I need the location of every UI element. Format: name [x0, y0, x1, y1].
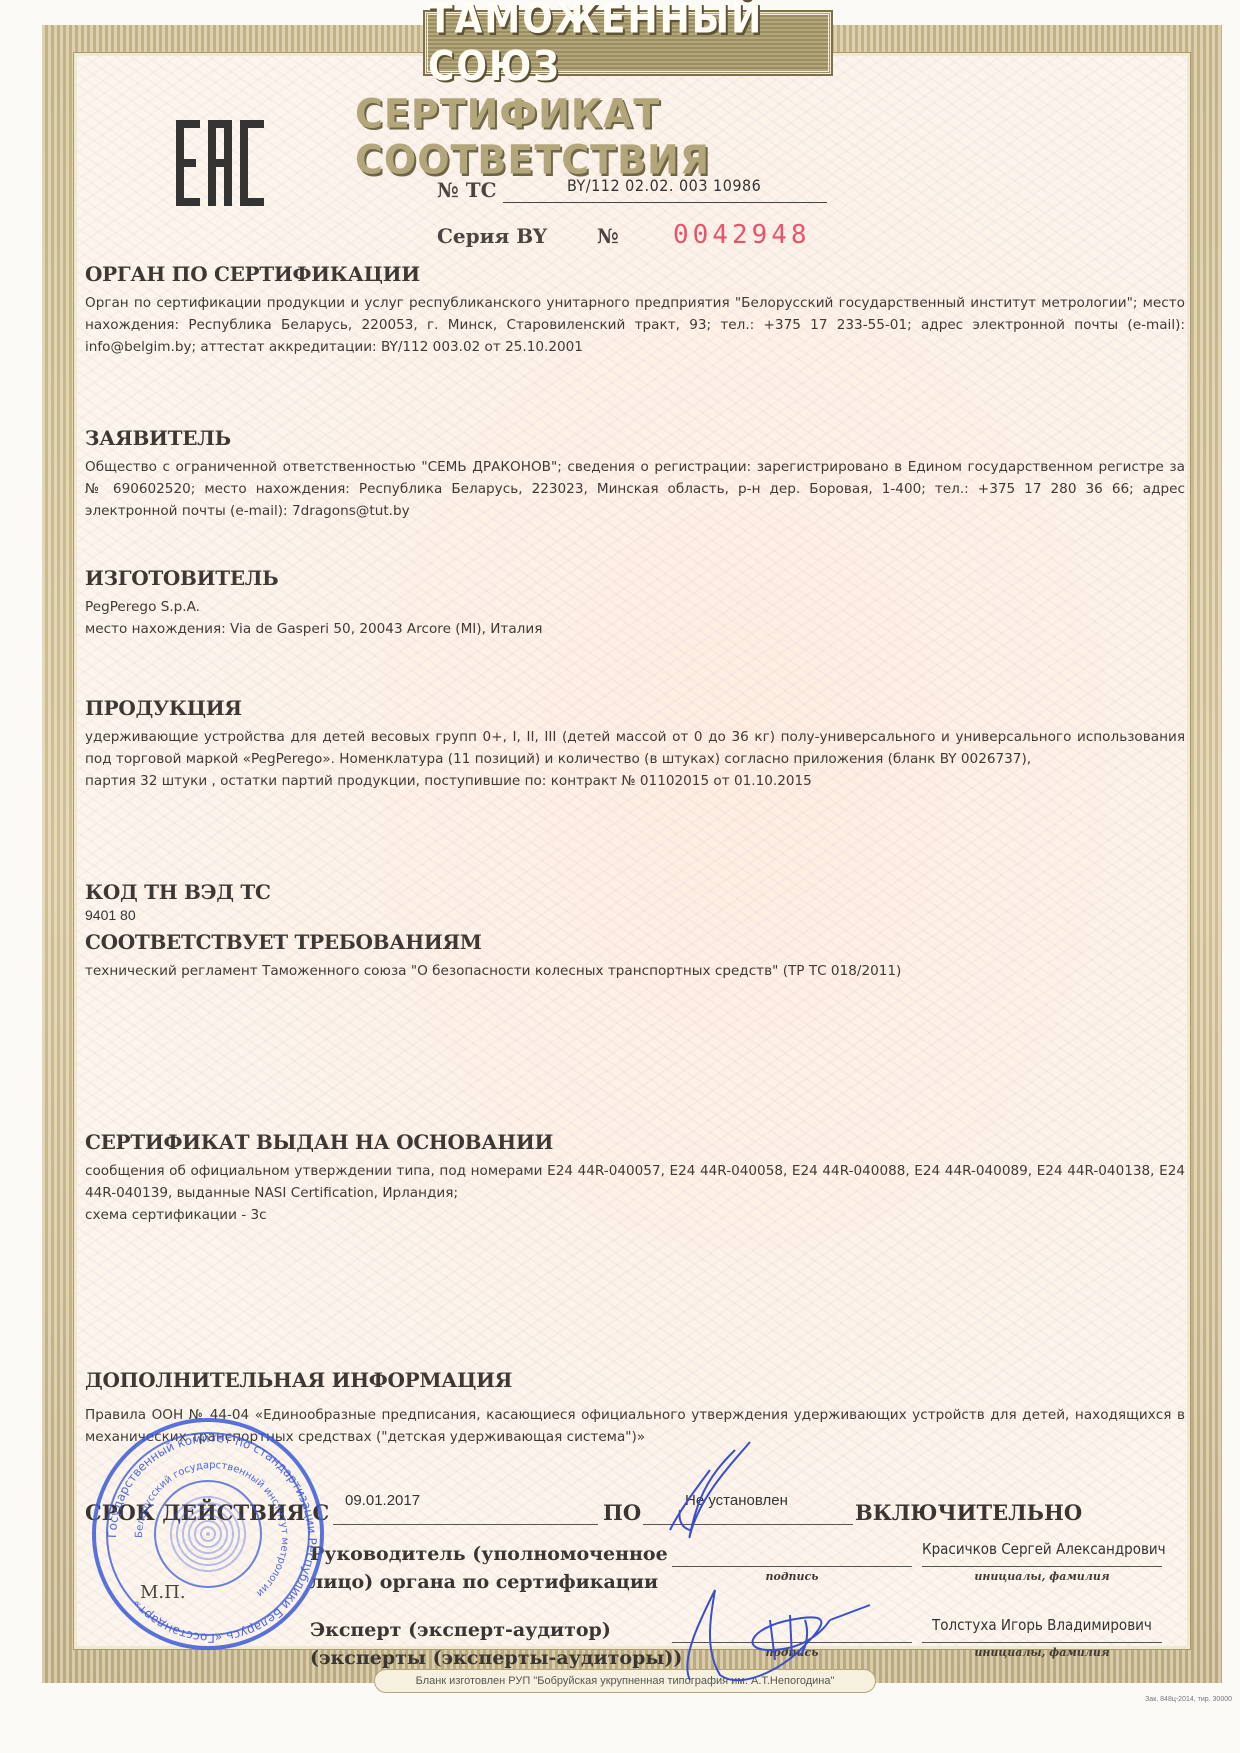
- eac-letter-e: [176, 120, 200, 206]
- section-hs-code: КОД ТН ВЭД ТС 9401 80: [85, 880, 1185, 924]
- customs-union-text: ТАМОЖЕННЫЙ СОЮЗ: [428, 0, 828, 90]
- series-number-label: №: [597, 224, 619, 248]
- certification-scheme: схема сертификации - 3с: [85, 1204, 1185, 1226]
- eac-letter-c: [240, 120, 264, 206]
- head-name: Красичков Сергей Александрович: [922, 1540, 1166, 1558]
- tc-label: № ТС: [437, 178, 497, 202]
- series-number: 0042948: [673, 220, 811, 250]
- section-title: СООТВЕТСТВУЕТ ТРЕБОВАНИЯМ: [85, 930, 1185, 954]
- expert-name-caption: инициалы, фамилия: [922, 1646, 1162, 1659]
- expert-signature-caption: подпись: [672, 1646, 912, 1659]
- head-name-caption: инициалы, фамилия: [922, 1570, 1162, 1583]
- seal-place-label: М.П.: [140, 1582, 186, 1603]
- section-conforms: СООТВЕТСТВУЕТ ТРЕБОВАНИЯМ технический ре…: [85, 930, 1185, 982]
- validity-to-date: Не установлен: [685, 1492, 788, 1509]
- validity-to-label: ПО: [603, 1500, 641, 1525]
- printer-footer: Бланк изготовлен РУП "Бобруйская укрупне…: [374, 1669, 876, 1693]
- validity-from-date: 09.01.2017: [345, 1492, 420, 1509]
- section-certification-body: ОРГАН ПО СЕРТИФИКАЦИИ Орган по сертифика…: [85, 262, 1185, 358]
- expert-name-line: [922, 1642, 1162, 1643]
- section-text: сообщения об официальном утверждении тип…: [85, 1160, 1185, 1204]
- tc-number: BY/112 02.02. 003 10986: [567, 176, 761, 195]
- section-text: Общество с ограниченной ответственностью…: [85, 456, 1185, 522]
- product-description: удерживающие устройства для детей весовы…: [85, 726, 1185, 770]
- customs-union-banner: ТАМОЖЕННЫЙ СОЮЗ: [425, 12, 831, 74]
- expert-name: Толстуха Игорь Владимирович: [932, 1616, 1152, 1634]
- section-text: Орган по сертификации продукции и услуг …: [85, 292, 1185, 358]
- section-additional: ДОПОЛНИТЕЛЬНАЯ ИНФОРМАЦИЯ Правила ООН № …: [85, 1368, 1185, 1448]
- section-manufacturer: ИЗГОТОВИТЕЛЬ PegPerego S.p.A. место нахо…: [85, 566, 1185, 640]
- section-title: СЕРТИФИКАТ ВЫДАН НА ОСНОВАНИИ: [85, 1130, 1185, 1154]
- tc-underline: [503, 202, 827, 203]
- section-applicant: ЗАЯВИТЕЛЬ Общество с ограниченной ответс…: [85, 426, 1185, 522]
- section-title: ОРГАН ПО СЕРТИФИКАЦИИ: [85, 262, 1185, 286]
- product-batch: партия 32 штуки , остатки партий продукц…: [85, 770, 1185, 792]
- series-row: Серия BY № 0042948: [437, 222, 837, 256]
- section-title: ИЗГОТОВИТЕЛЬ: [85, 566, 1185, 590]
- manufacturer-name: PegPerego S.p.A.: [85, 596, 1185, 618]
- order-note: Зак. 848ц-2014, тир. 30000: [1145, 1696, 1232, 1703]
- section-text: Правила ООН № 44-04 «Единообразные предп…: [85, 1404, 1185, 1448]
- validity-inclusive: ВКЛЮЧИТЕЛЬНО: [855, 1500, 1082, 1525]
- manufacturer-address: место нахождения: Via de Gasperi 50, 200…: [85, 618, 1185, 640]
- section-product: ПРОДУКЦИЯ удерживающие устройства для де…: [85, 696, 1185, 792]
- head-role-line2: лицо) органа по сертификации: [310, 1568, 658, 1596]
- validity-row: СРОК ДЕЙСТВИЯ С 09.01.2017 ПО Не установ…: [85, 1492, 1185, 1532]
- expert-role-line1: Эксперт (эксперт-аудитор): [310, 1616, 611, 1644]
- tc-number-row: № ТС BY/112 02.02. 003 10986: [437, 172, 827, 206]
- head-signature-block: Руководитель (уполномоченное лицо) орган…: [310, 1540, 1200, 1610]
- section-title: КОД ТН ВЭД ТС: [85, 880, 1185, 904]
- eac-letter-a: [208, 120, 232, 206]
- head-signature-line: [672, 1566, 912, 1567]
- section-basis: СЕРТИФИКАТ ВЫДАН НА ОСНОВАНИИ сообщения …: [85, 1130, 1185, 1226]
- section-title: ПРОДУКЦИЯ: [85, 696, 1185, 720]
- validity-from-line: [333, 1524, 598, 1525]
- section-text: технический регламент Таможенного союза …: [85, 960, 1185, 982]
- expert-role-line2: (эксперты (эксперты-аудиторы)): [310, 1644, 682, 1672]
- head-role-line1: Руководитель (уполномоченное: [310, 1540, 668, 1568]
- section-title: ДОПОЛНИТЕЛЬНАЯ ИНФОРМАЦИЯ: [85, 1368, 1185, 1392]
- head-name-line: [922, 1566, 1162, 1567]
- head-signature-caption: подпись: [672, 1570, 912, 1583]
- validity-to-line: [643, 1524, 853, 1525]
- expert-signature-line: [672, 1642, 912, 1643]
- hs-code-value: 9401 80: [85, 906, 1185, 924]
- section-title: ЗАЯВИТЕЛЬ: [85, 426, 1185, 450]
- eac-logo-icon: [176, 120, 264, 206]
- series-label: Серия BY: [437, 224, 547, 248]
- certificate-title: СЕРТИФИКАТ СООТВЕТСТВИЯ: [355, 111, 895, 164]
- validity-from-label: СРОК ДЕЙСТВИЯ С: [85, 1500, 329, 1525]
